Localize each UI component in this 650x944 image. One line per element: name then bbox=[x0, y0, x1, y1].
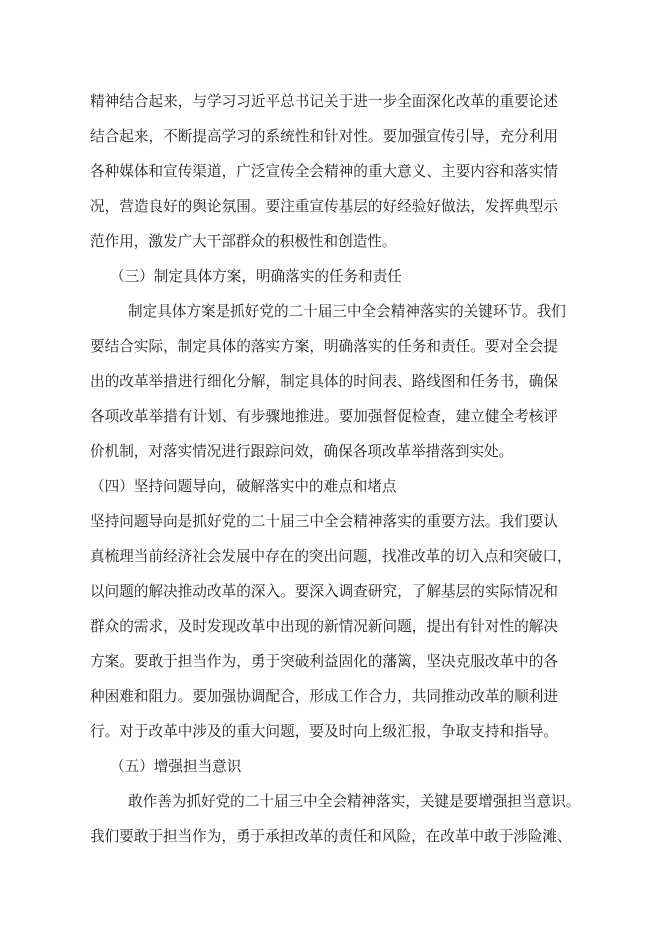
paragraph-line: 价机制，对落实情况进行跟踪问效，确保各项改革举措落到实处。 bbox=[90, 434, 558, 469]
paragraph-line: 行。对于改革中涉及的重大问题，要及时向上级汇报，争取支持和指导。 bbox=[90, 714, 558, 749]
paragraph-line: 敢作善为抓好党的二十届三中全会精神落实，关键是要增强担当意识。 bbox=[90, 784, 558, 819]
section-heading-4: （四）坚持问题导向，破解落实中的难点和堵点 bbox=[90, 469, 558, 504]
paragraph-line: 真梳理当前经济社会发展中存在的突出问题，找准改革的切入点和突破口， bbox=[90, 539, 558, 574]
paragraph-line: 以问题的解决推动改革的深入。要深入调查研究，了解基层的实际情况和 bbox=[90, 574, 558, 609]
paragraph-line: 精神结合起来，与学习习近平总书记关于进一步全面深化改革的重要论述 bbox=[90, 84, 558, 119]
paragraph-line: 群众的需求，及时发现改革中出现的新情况新问题，提出有针对性的解决 bbox=[90, 609, 558, 644]
paragraph-line: 要结合实际，制定具体的落实方案，明确落实的任务和责任。要对全会提 bbox=[90, 329, 558, 364]
paragraph-line: 制定具体方案是抓好党的二十届三中全会精神落实的关键环节。我们 bbox=[90, 294, 558, 329]
paragraph-line: 方案。要敢于担当作为，勇于突破利益固化的藩篱，坚决克服改革中的各 bbox=[90, 644, 558, 679]
paragraph-line: 范作用，激发广大干部群众的积极性和创造性。 bbox=[90, 224, 558, 259]
paragraph-line: 坚持问题导向是抓好党的二十届三中全会精神落实的重要方法。我们要认 bbox=[90, 504, 558, 539]
section-heading-3: （三）制定具体方案，明确落实的任务和责任 bbox=[90, 259, 558, 294]
paragraph-line: 各项改革举措有计划、有步骤地推进。要加强督促检查，建立健全考核评 bbox=[90, 399, 558, 434]
document-page: 精神结合起来，与学习习近平总书记关于进一步全面深化改革的重要论述 结合起来，不断… bbox=[90, 84, 558, 854]
paragraph-line: 种困难和阻力。要加强协调配合，形成工作合力，共同推动改革的顺利进 bbox=[90, 679, 558, 714]
paragraph-line: 出的改革举措进行细化分解，制定具体的时间表、路线图和任务书，确保 bbox=[90, 364, 558, 399]
paragraph-line: 我们要敢于担当作为，勇于承担改革的责任和风险，在改革中敢于涉险滩、 bbox=[90, 819, 558, 854]
paragraph-line: 况，营造良好的舆论氛围。要注重宣传基层的好经验好做法，发挥典型示 bbox=[90, 189, 558, 224]
section-heading-5: （五）增强担当意识 bbox=[90, 749, 558, 784]
paragraph-line: 结合起来，不断提高学习的系统性和针对性。要加强宣传引导，充分利用 bbox=[90, 119, 558, 154]
paragraph-line: 各种媒体和宣传渠道，广泛宣传全会精神的重大意义、主要内容和落实情 bbox=[90, 154, 558, 189]
